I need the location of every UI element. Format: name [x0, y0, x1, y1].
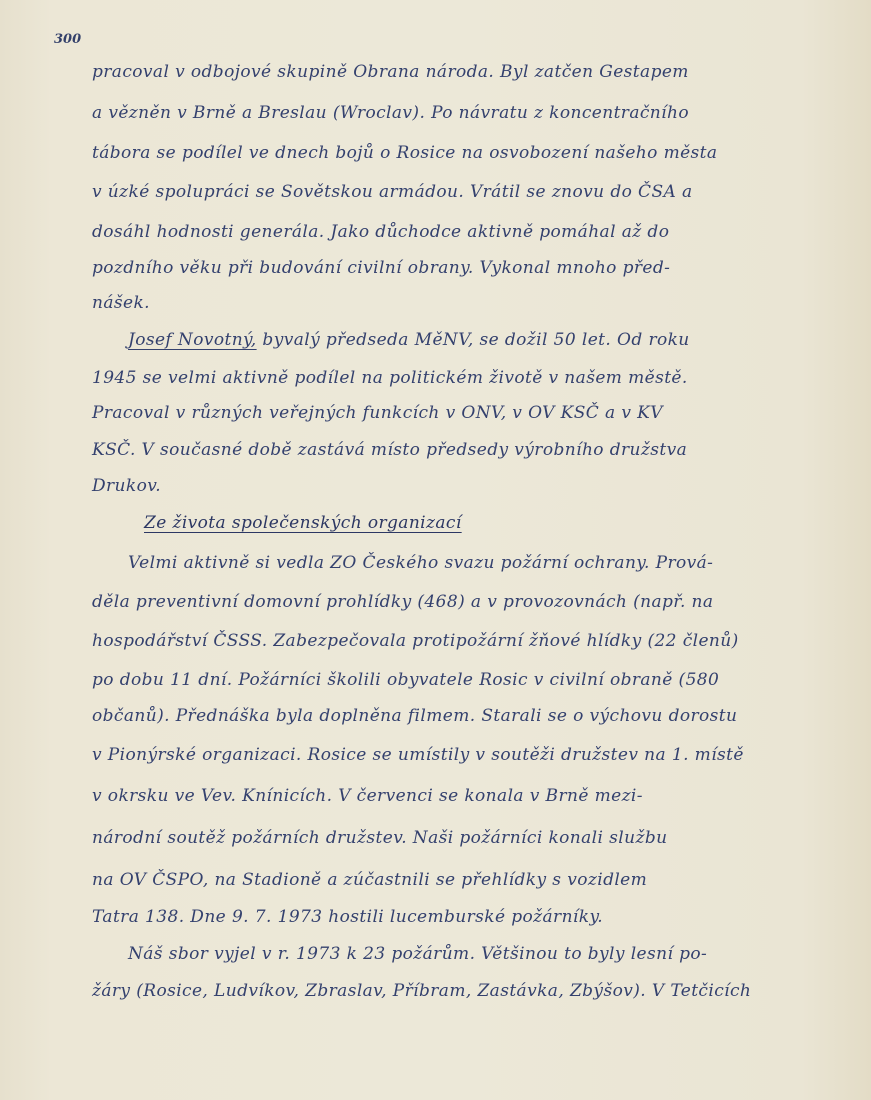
text-line: děla preventivní domovní prohlídky (468)…: [92, 592, 822, 612]
page-number: 300: [54, 32, 81, 47]
text-line: v okrsku ve Vev. Knínicích. V červenci s…: [92, 786, 822, 806]
text-segment: byvalý předseda MěNV, se dožil 50 let. O…: [262, 330, 689, 350]
text-line: Drukov.: [92, 476, 822, 496]
text-line: nášek.: [92, 293, 822, 313]
text-line: hospodářství ČSSS. Zabezpečovala protipo…: [92, 631, 822, 651]
text-line: Náš sbor vyjel v r. 1973 k 23 požárům. V…: [128, 944, 858, 964]
paragraph-josef-novotny: Josef Novotný, byvalý předseda MěNV, se …: [128, 330, 858, 350]
text-line: pozdního věku při budování civilní obran…: [92, 258, 822, 278]
text-line: v úzké spolupráci se Sovětskou armádou. …: [92, 182, 822, 202]
text-line: dosáhl hodnosti generála. Jako důchodce …: [92, 222, 822, 242]
person-name: Josef Novotný,: [128, 330, 257, 350]
text-line: tábora se podílel ve dnech bojů o Rosice…: [92, 143, 822, 163]
section-heading: Ze života společenských organizací: [144, 513, 871, 533]
text-line: po dobu 11 dní. Požárníci školili obyvat…: [92, 670, 822, 690]
text-line: v Pionýrské organizaci. Rosice se umísti…: [92, 745, 822, 765]
text-line: a vězněn v Brně a Breslau (Wroclav). Po …: [92, 103, 822, 123]
text-line: Pracoval v různých veřejných funkcích v …: [92, 403, 822, 423]
manuscript-page: 300 pracoval v odbojové skupině Obrana n…: [0, 0, 871, 1100]
text-line: žáry (Rosice, Ludvíkov, Zbraslav, Příbra…: [92, 981, 822, 1001]
text-line: občanů). Přednáška byla doplněna filmem.…: [92, 706, 822, 726]
text-line: 1945 se velmi aktivně podílel na politic…: [92, 368, 822, 388]
text-line: pracoval v odbojové skupině Obrana národ…: [92, 62, 822, 82]
text-line: Velmi aktivně si vedla ZO Českého svazu …: [128, 553, 858, 573]
text-line: na OV ČSPO, na Stadioně a zúčastnili se …: [92, 870, 822, 890]
text-line: KSČ. V současné době zastává místo předs…: [92, 440, 822, 460]
text-line: Tatra 138. Dne 9. 7. 1973 hostili lucemb…: [92, 907, 822, 927]
text-line: národní soutěž požárních družstev. Naši …: [92, 828, 822, 848]
